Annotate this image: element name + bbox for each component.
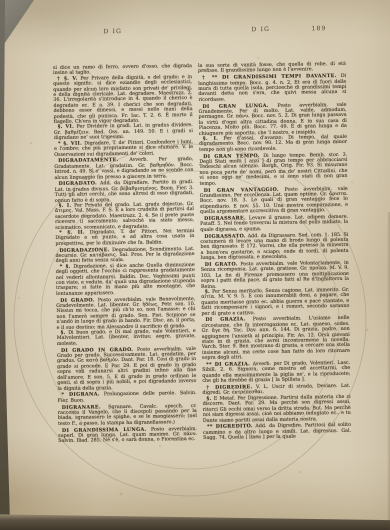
dictionary-paragraph: DIGRADATAMENTE. Avverb. Per grado, Grada… [54, 157, 193, 181]
dictionary-paragraph: §. Di buon grado, e Di mal grado, vale V… [57, 329, 196, 347]
dictionary-paragraph: §. E Metaf. Per Digressione. Partirsi da… [203, 395, 351, 424]
dictionary-paragraph: * §. II. Digradato, T. de' Pittori. Nei … [55, 229, 194, 247]
dictionary-paragraph: DI GRAN TEMPO. Di lungo tempo. Bemb. sto… [199, 153, 347, 188]
entry-body: Posto avverbialm. L'usiamo nelle circost… [202, 316, 350, 361]
entry-body: Per Privato del grado. Lat. gradu deject… [55, 202, 194, 231]
dictionary-paragraph: † ** DI GRANDISSIMI TEMPI DAVANTE. Di lu… [198, 74, 346, 103]
text-columns: si dice un ramo di ferro, ovvero d'osso,… [53, 62, 351, 445]
dictionary-paragraph: DIGRADATO. Add. da Digradare. Partito in… [55, 180, 194, 204]
dictionary-paragraph: * DIGRANA. Prolungazione delle parole. S… [58, 391, 197, 404]
book-page: D IG D IG 189 si dice un ramo di ferro, … [0, 0, 390, 530]
entry-body: E Metaf. Per Digressione. Partirsi dalla… [203, 395, 351, 424]
dictionary-paragraph: DIGRADAZIONE. Degradazione, Scendimento.… [55, 247, 194, 265]
entry-body: Per Dividere in gradi. Lat. in gradus di… [54, 123, 193, 141]
dictionary-paragraph: DI GRAN LUNGA. Posto avverbialm. vale Gr… [199, 102, 347, 137]
entry-body: Di buon grado, e Di mal grado, vale Vole… [57, 329, 196, 347]
page-number: 189 [311, 25, 326, 32]
dictionary-paragraph: DI GRAN VANTAGGIO. Posto avverbialm. val… [200, 186, 348, 215]
running-head-right: D IG [251, 26, 270, 33]
column-left: si dice un ramo di ferro, ovvero d'osso,… [53, 64, 197, 445]
dictionary-paragraph: DI GRATO. Posto avverbialm. vale Volonta… [201, 261, 349, 290]
entry-headword: * DIGRANA. [62, 392, 100, 399]
entry-body: Posto avverbialm. vale Grado per grado, … [57, 347, 196, 392]
dictionary-paragraph: DI GRAZIA. Posto avverbialm. L'usiamo ne… [201, 316, 350, 361]
dictionary-paragraph: * §. Digradazione, si dice anche Quella … [56, 263, 195, 297]
dictionary-paragraph: * §. VII. Digradare, T. de' Pittori. Con… [54, 140, 193, 158]
dictionary-paragraph: §. Per Senza meritarlo, Senza cagione. L… [201, 288, 349, 317]
dictionary-paragraph: DIGRASSATO. Add. da Digrassare. Sed. com… [200, 232, 348, 261]
dictionary-paragraph: §. I. Per Privato del grado. Lat. gradu … [55, 202, 194, 231]
dictionary-paragraph: DIGRASSARE. Levare il grasso. Lat. adipe… [200, 215, 348, 233]
dictionary-paragraph: DI GRANDISSIMA LUNGA. Posto avverbialm. … [58, 427, 197, 445]
dictionary-paragraph: † §. V. Per Privare della dignità, e del… [53, 75, 193, 126]
dictionary-paragraph: DI GRADO. Posto avverbialm. vale Benevol… [56, 297, 195, 331]
dictionary-paragraph: DI GRADO IN GRADO. Posto avverbialm. val… [57, 347, 197, 392]
printed-content: D IG D IG 189 si dice un ramo di ferro, … [0, 0, 390, 530]
entry-body: Digradazione, si dice anche Quella dimin… [56, 263, 195, 297]
scanned-page-photo: D IG D IG 189 si dice un ramo di ferro, … [0, 0, 390, 530]
entry-body: Per Privare della dignità, e del grado; … [53, 75, 193, 125]
entry-body: Per d'assai, d'avanzo; Di tempo, dal qua… [199, 135, 347, 153]
entry-body: Per Senza meritarlo, Senza cagione. Lat.… [201, 288, 349, 317]
dictionary-paragraph: §. VI. Per Dividere in gradi. Lat. in gr… [54, 123, 193, 141]
entry-headword: §. VI. [58, 124, 74, 130]
column-right: la sua sorta di vanità fosse, che quella… [198, 62, 351, 443]
dictionary-paragraph: §. I. Per d'assai, d'avanzo; Di tempo, d… [199, 135, 347, 153]
dictionary-paragraph: ** DIGREDITO. Add. da Digredire. Partito… [203, 423, 351, 441]
dictionary-paragraph: DIGRANARE. Sgranare. Cavalc. specch. cr.… [58, 404, 197, 428]
dictionary-paragraph: ** DI GRAZIA. Avverb. per Di grado, Vole… [202, 361, 350, 385]
running-head-left: D IG [103, 28, 122, 35]
